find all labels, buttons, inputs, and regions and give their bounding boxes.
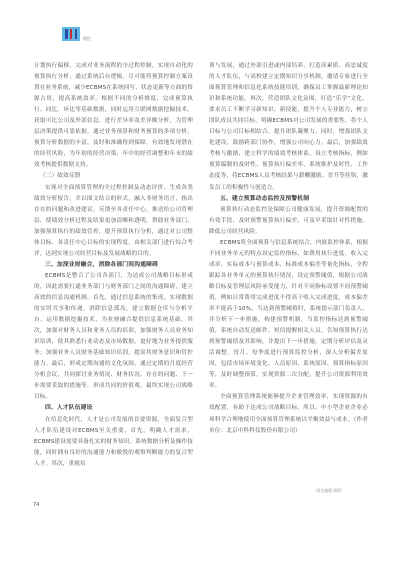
- journal-logo-icon: [62, 27, 80, 41]
- responsible-editor: （责任编辑 邢程）: [313, 488, 345, 494]
- paragraph: 计划执行偏移，完成对业务流程的全过程控制，实现自动化的预算执行分析，通过系统后台…: [34, 61, 193, 171]
- left-column: 计划执行偏移，完成对业务流程的全过程控制，实现自动化的预算执行分析，通过系统后台…: [34, 61, 193, 470]
- paragraph: 预算执行动态监控是保障公司健康发展，提升资源配置的有效手段，及时预警预算执行偏差…: [209, 205, 368, 238]
- paragraph: 训与发展，通过外部引进或内部培养，打造高素质、高忠诚度的人才队伍，与高校建立定期…: [209, 61, 368, 194]
- section-heading: 五、建立预算动态监控及预警机制: [209, 194, 368, 205]
- section-heading: 三、加深业财融合，消除各部门间沟通障碍: [34, 260, 193, 271]
- paragraph: ECBMS是整合了公司各部门，为达成公司战略目标形成的，因此需要打通业务部门与财…: [34, 271, 193, 404]
- subsection-heading: （三）绩效反馈: [34, 171, 193, 182]
- page-header: 理论: [62, 27, 91, 41]
- paragraph: ECBMS将全面预算与信息系统结合，内嵌监控体系，根据不同业务单元的特点设定监控…: [209, 238, 368, 393]
- section-heading: 四、人才队伍建设: [34, 403, 193, 414]
- paragraph: 实现对全面预算管理的全过程控制及动态评价，生成各类绩效分析报告，并以图文结合的形…: [34, 183, 193, 260]
- paragraph: 全面预算管理系统能够提升企业管理效率，实现资源的有效配置，有助于达成公司战略目标…: [209, 392, 368, 436]
- right-column: 训与发展，通过外部引进或内部培养，打造高素质、高忠诚度的人才队伍，与高校建立定期…: [209, 61, 368, 437]
- page-number: 74: [33, 502, 39, 508]
- section-label: 理论: [83, 36, 91, 41]
- paragraph: 在信息化时代，人才是公司发展的首要资源，全面复合型人才队伍建设对ECBMS至关重…: [34, 415, 193, 470]
